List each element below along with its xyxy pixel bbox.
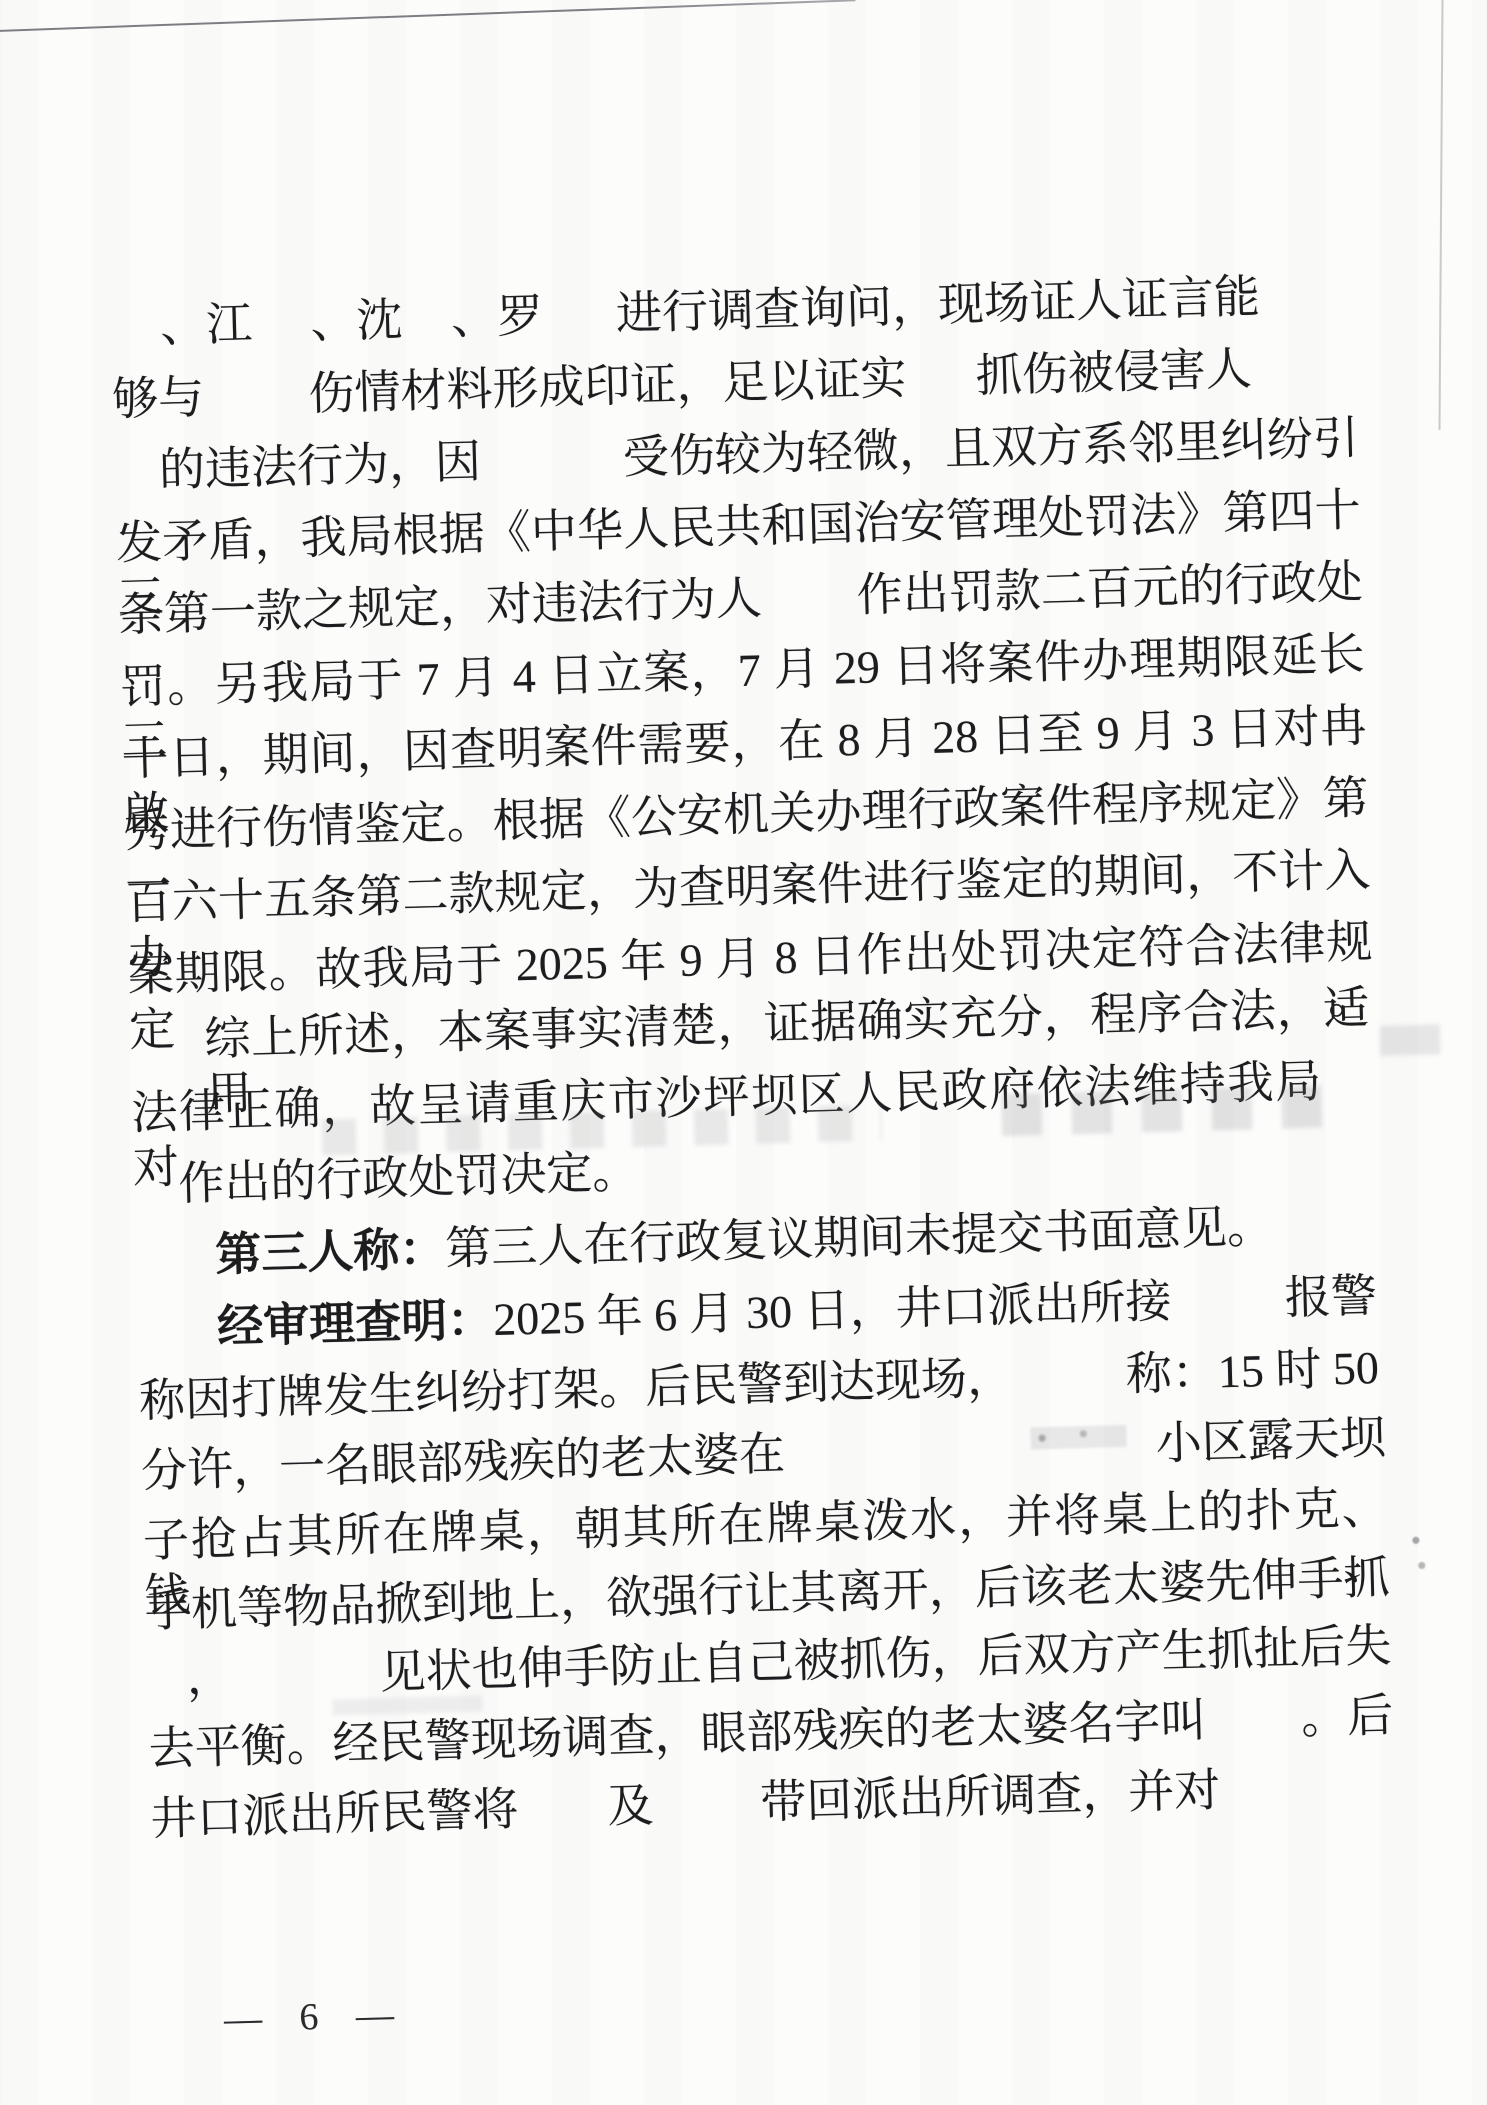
redacted-blank bbox=[232, 1645, 379, 1649]
text-segment: 井口派出所民警将 bbox=[150, 1782, 519, 1847]
document-line: 够与伤情材料形成印证，足以证实抓伤被侵害人 bbox=[111, 341, 1252, 430]
redacted-blank bbox=[402, 291, 451, 292]
redacted-blank bbox=[518, 1779, 607, 1781]
redaction-smudge-artifact bbox=[1030, 1425, 1127, 1450]
redacted-blank bbox=[480, 430, 622, 434]
text-segment: 称因打牌发生纠纷打架。后民警到达现场， bbox=[139, 1350, 1014, 1429]
text-segment: 抓伤被侵害人 bbox=[975, 341, 1252, 403]
text-segment: 2025 年 6 月 30 日，井口派出所接 bbox=[492, 1274, 1172, 1347]
bleedthrough-artifact bbox=[1380, 1024, 1441, 1056]
redacted-blank bbox=[653, 1775, 760, 1778]
text-segment: 带回派出所调查，并对 bbox=[760, 1763, 1221, 1830]
text-segment: 。后 bbox=[1301, 1688, 1394, 1745]
text-segment: 够与 bbox=[111, 369, 204, 426]
redaction-smudge-artifact bbox=[1405, 1531, 1432, 1578]
redacted-blank bbox=[542, 286, 615, 288]
document-line-third-party-statement: 第三人称：第三人在行政复议期间未提交书面意见。 bbox=[215, 1197, 1361, 1286]
text-segment: 经审理查明： bbox=[217, 1292, 494, 1354]
text-segment: 分许，一名眼部残疾的老太婆在 bbox=[140, 1426, 785, 1498]
text-segment: 、江 bbox=[159, 296, 252, 353]
redacted-blank bbox=[1171, 1271, 1284, 1274]
text-segment: 作出的行政处罚决定。 bbox=[178, 1144, 639, 1211]
text-segment: 及 bbox=[607, 1778, 654, 1834]
page-number: — 6 — bbox=[223, 1993, 408, 2042]
document-sheet: 、江、沈、罗进行调查询问，现场证人证言能 够与伤情材料形成印证，足以证实抓伤被侵… bbox=[0, 0, 1487, 2105]
text-segment: 的违法行为，因 bbox=[158, 434, 481, 498]
text-segment: ， bbox=[186, 1649, 233, 1705]
redacted-blank bbox=[906, 349, 976, 351]
text-segment: 、沈 bbox=[310, 292, 403, 349]
text-segment: 第三人在行政复议期间未提交书面意见。 bbox=[445, 1199, 1274, 1276]
redacted-blank bbox=[203, 367, 307, 370]
redacted-blank bbox=[1012, 1347, 1125, 1350]
redacted-blank bbox=[1206, 1690, 1301, 1693]
scanned-document-page: 、江、沈、罗进行调查询问，现场证人证言能 够与伤情材料形成印证，足以证实抓伤被侵… bbox=[0, 0, 1487, 2105]
text-segment: 进行调查询问，现场证人证言能 bbox=[615, 269, 1260, 341]
text-segment: 第三人称： bbox=[215, 1221, 446, 1282]
text-segment: 小区露天坝 bbox=[1155, 1410, 1386, 1471]
text-segment: 报警 bbox=[1284, 1268, 1377, 1325]
document-line: 、江、沈、罗进行调查询问，现场证人证言能 bbox=[159, 269, 1260, 357]
text-segment: 受伤较为轻微，且双方系邻里纠纷引 bbox=[622, 410, 1359, 485]
text-segment: 伤情材料形成印证，足以证实 bbox=[308, 350, 907, 421]
text-segment: 、罗 bbox=[450, 288, 543, 345]
document-line: 井口派出所民警将及带回派出所调查，并对 bbox=[150, 1763, 1221, 1850]
text-segment: 称：15 时 50 bbox=[1125, 1340, 1379, 1402]
text-segment: 去平衡。经民警现场调查，眼部残疾的老太婆名字叫 bbox=[148, 1693, 1207, 1777]
redacted-blank bbox=[251, 295, 309, 297]
